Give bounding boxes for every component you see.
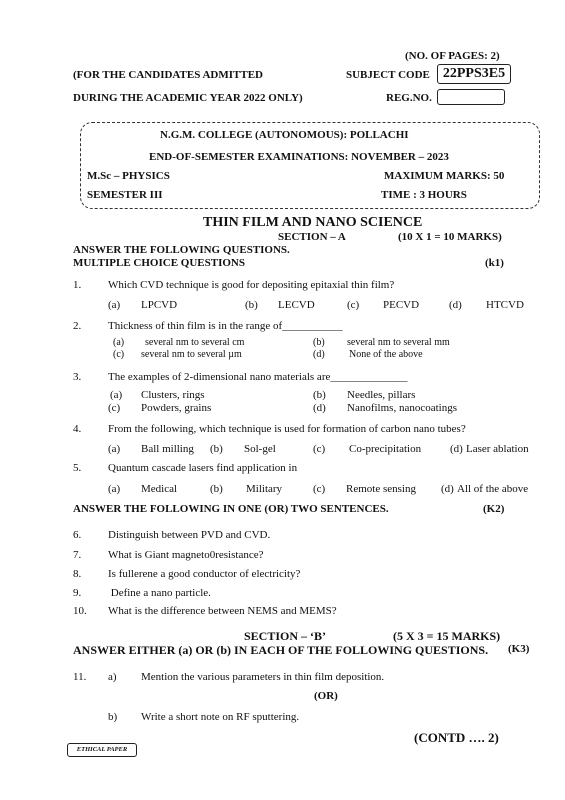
time: TIME : 3 HOURS: [381, 189, 467, 201]
q4-opt-a-label: (a): [108, 443, 120, 455]
q2-number: 2.: [73, 320, 81, 332]
q3-opt-d: Nanofilms, nanocoatings: [347, 402, 457, 414]
q3-opt-b: Needles, pillars: [347, 389, 415, 401]
q1-opt-b: LECVD: [278, 299, 315, 311]
q11-b-label: b): [108, 711, 117, 723]
section-a-title: SECTION – A: [278, 231, 346, 243]
semester: SEMESTER III: [87, 189, 163, 201]
q4-text: From the following, which technique is u…: [108, 423, 466, 435]
q3-opt-b-label: (b): [313, 389, 326, 401]
q5-opt-c-label: (c): [313, 483, 325, 495]
college-name: N.G.M. COLLEGE (AUTONOMOUS): POLLACHI: [160, 129, 409, 141]
q3-opt-c-label: (c): [108, 402, 120, 414]
q2-opt-d: None of the above: [349, 349, 423, 360]
q1-opt-d: HTCVD: [486, 299, 524, 311]
section-a-instruction-2: MULTIPLE CHOICE QUESTIONS: [73, 257, 245, 269]
section-b-instruction: ANSWER EITHER (a) OR (b) IN EACH OF THE …: [73, 643, 488, 658]
q7-text: What is Giant magneto0resistance?: [108, 549, 263, 561]
q2-opt-a: several nm to several cm: [145, 337, 244, 348]
q5-opt-d: All of the above: [457, 483, 528, 495]
section-a-instruction-1: ANSWER THE FOLLOWING QUESTIONS.: [73, 244, 290, 256]
section-a-level: (k1): [485, 257, 504, 269]
subject-code-value: 22PPS3E5: [437, 64, 511, 84]
short-answer-level: (K2): [483, 503, 504, 515]
q11-number: 11.: [73, 671, 86, 683]
section-a-marks: (10 X 1 = 10 MARKS): [398, 231, 502, 243]
q11-b-text: Write a short note on RF sputtering.: [141, 711, 299, 723]
paper-title: THIN FILM AND NANO SCIENCE: [203, 215, 422, 231]
q4-opt-c: Co-precipitation: [349, 443, 421, 455]
reg-no-label: REG.NO.: [386, 92, 432, 104]
q1-text: Which CVD technique is good for depositi…: [108, 279, 394, 291]
q7-number: 7.: [73, 549, 81, 561]
q3-opt-a-label: (a): [110, 389, 122, 401]
continued-note: (CONTD …. 2): [414, 730, 499, 746]
no-of-pages: (NO. OF PAGES: 2): [405, 50, 500, 62]
q3-opt-c: Powders, grains: [141, 402, 211, 414]
q1-opt-c-label: (c): [347, 299, 359, 311]
q6-text: Distinguish between PVD and CVD.: [108, 529, 270, 541]
q4-opt-d: Laser ablation: [466, 443, 529, 455]
q5-opt-d-label: (d): [441, 483, 454, 495]
q5-opt-a: Medical: [141, 483, 177, 495]
q11-a-text: Mention the various parameters in thin f…: [141, 671, 384, 683]
q2-opt-c: several nm to several µm: [141, 349, 242, 360]
q4-opt-b: Sol-gel: [244, 443, 276, 455]
program: M.Sc – PHYSICS: [87, 170, 170, 182]
q8-number: 8.: [73, 568, 81, 580]
q2-opt-a-label: (a): [113, 337, 124, 348]
q4-opt-c-label: (c): [313, 443, 325, 455]
q2-opt-c-label: (c): [113, 349, 124, 360]
q8-text: Is fullerene a good conductor of electri…: [108, 568, 300, 580]
short-answer-instruction: ANSWER THE FOLLOWING IN ONE (OR) TWO SEN…: [73, 503, 389, 515]
candidates-line-1: (FOR THE CANDIDATES ADMITTED: [73, 69, 263, 81]
section-b-level: (K3): [508, 643, 529, 655]
q5-opt-b: Military: [246, 483, 282, 495]
section-b-marks: (5 X 3 = 15 MARKS): [393, 629, 500, 644]
q1-opt-c: PECVD: [383, 299, 419, 311]
q6-number: 6.: [73, 529, 81, 541]
q2-opt-b: several nm to several mm: [347, 337, 450, 348]
exam-name: END-OF-SEMESTER EXAMINATIONS: NOVEMBER –…: [149, 151, 449, 163]
q5-opt-b-label: (b): [210, 483, 223, 495]
reg-no-field[interactable]: [437, 89, 505, 105]
candidates-line-2: DURING THE ACADEMIC YEAR 2022 ONLY): [73, 92, 303, 104]
q3-text: The examples of 2-dimensional nano mater…: [108, 371, 407, 383]
subject-code-label: SUBJECT CODE: [346, 69, 430, 81]
q3-number: 3.: [73, 371, 81, 383]
q4-opt-a: Ball milling: [141, 443, 194, 455]
q1-opt-a: LPCVD: [141, 299, 177, 311]
q11-or: (OR): [314, 690, 338, 702]
section-b-title: SECTION – ‘B’: [244, 629, 326, 644]
q4-number: 4.: [73, 423, 81, 435]
q10-number: 10.: [73, 605, 87, 617]
q4-opt-b-label: (b): [210, 443, 223, 455]
q2-opt-b-label: (b): [313, 337, 325, 348]
q3-opt-a: Clusters, rings: [141, 389, 205, 401]
q4-opt-d-label: (d): [450, 443, 463, 455]
q9-text: Define a nano particle.: [108, 587, 211, 599]
q5-opt-a-label: (a): [108, 483, 120, 495]
q5-opt-c: Remote sensing: [346, 483, 416, 495]
ethical-paper-badge: ETHICAL PAPER: [67, 743, 137, 757]
q1-opt-d-label: (d): [449, 299, 462, 311]
q5-text: Quantum cascade lasers find application …: [108, 462, 297, 474]
q3-opt-d-label: (d): [313, 402, 326, 414]
q1-opt-a-label: (a): [108, 299, 120, 311]
q5-number: 5.: [73, 462, 81, 474]
q1-opt-b-label: (b): [245, 299, 258, 311]
q9-number: 9.: [73, 587, 81, 599]
q2-opt-d-label: (d): [313, 349, 325, 360]
max-marks: MAXIMUM MARKS: 50: [384, 170, 504, 182]
q11-a-label: a): [108, 671, 117, 683]
q10-text: What is the difference between NEMS and …: [108, 605, 337, 617]
q1-number: 1.: [73, 279, 81, 291]
q2-text: Thickness of thin film is in the range o…: [108, 320, 343, 332]
